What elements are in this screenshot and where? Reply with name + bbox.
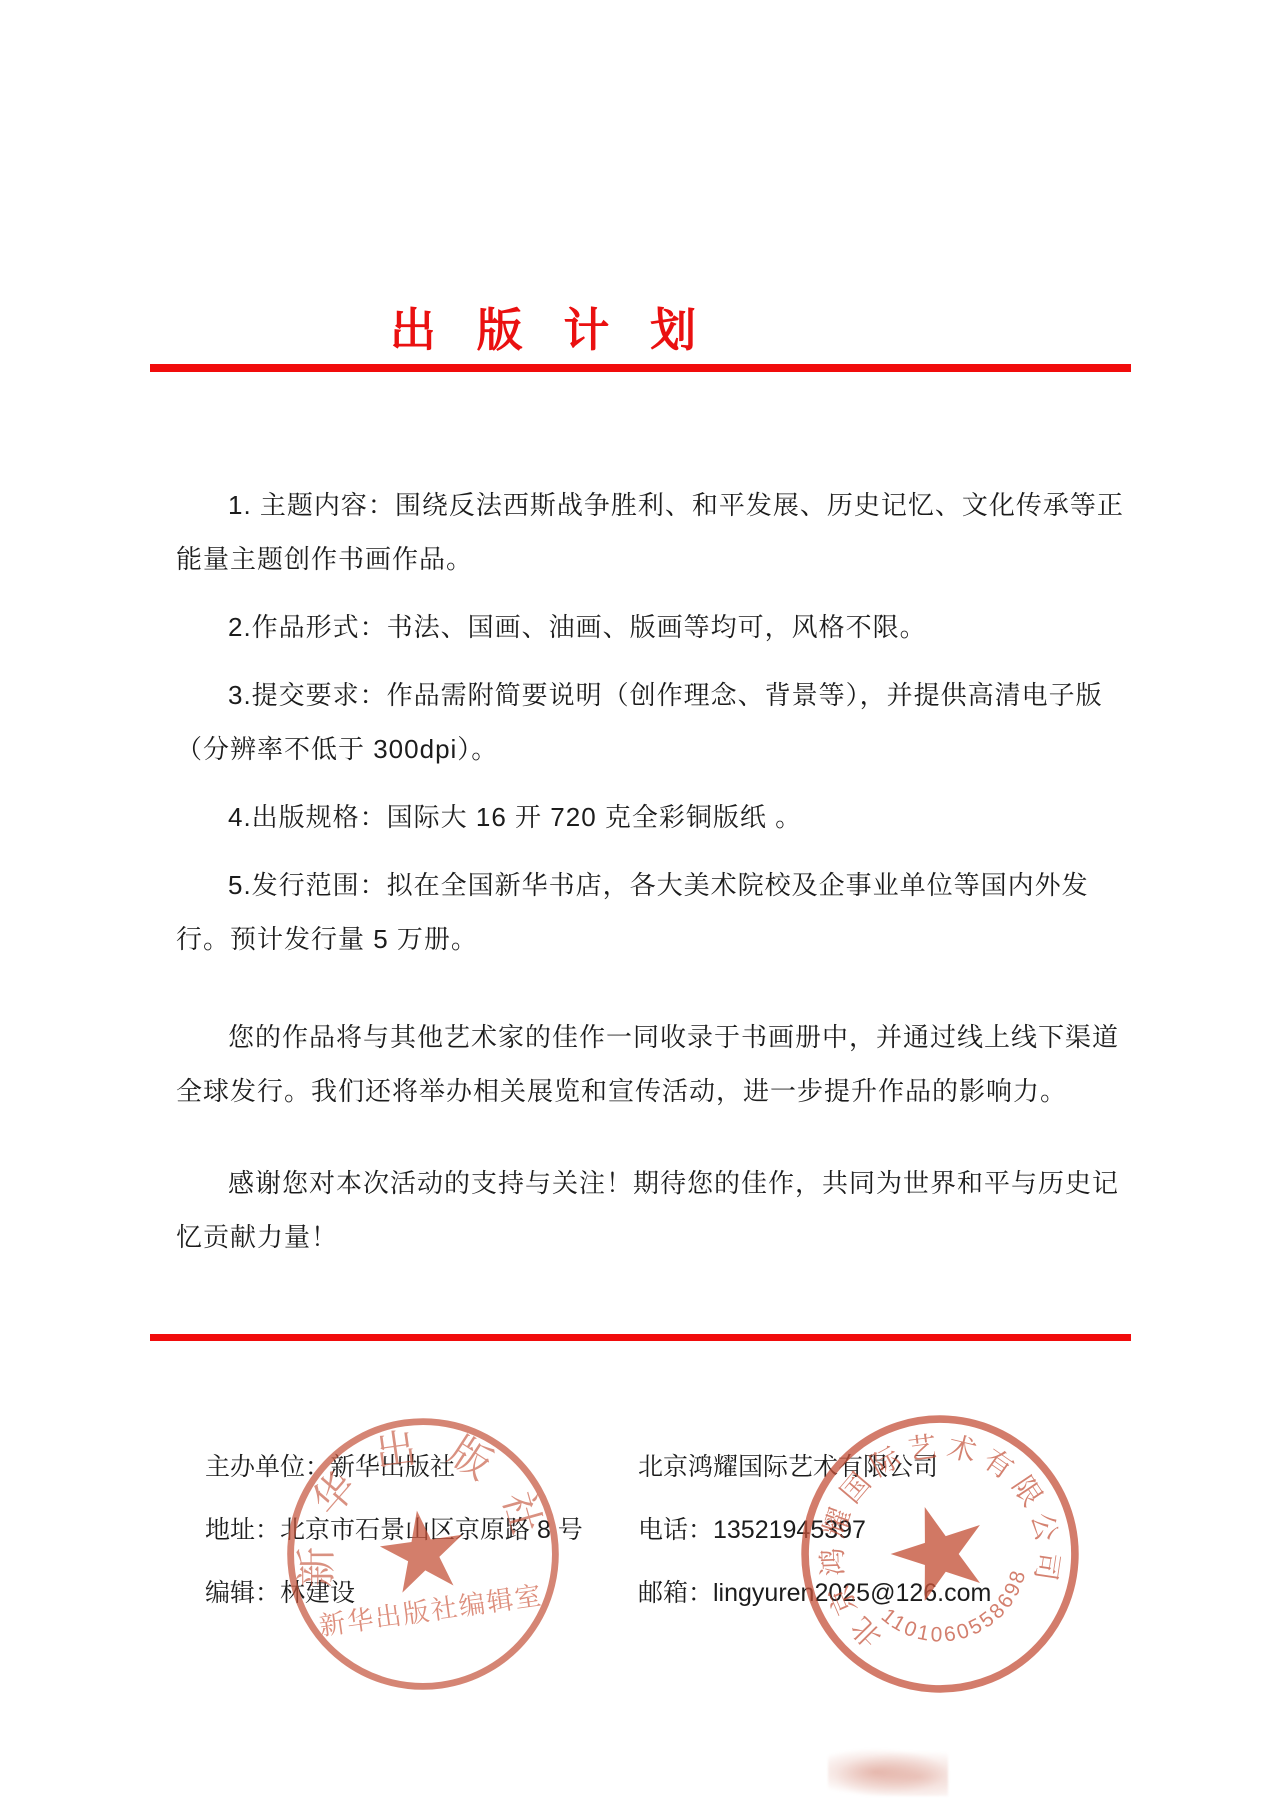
phone-line: 电话：13521945397 <box>638 1515 991 1545</box>
paragraph-distribution-scope: 5.发行范围：拟在全国新华书店，各大美术院校及企事业单位等国内外发行。预计发行量… <box>176 858 1132 966</box>
promotion-section: 您的作品将与其他艺术家的佳作一同收录于书画册中，并通过线上线下渠道全球发行。我们… <box>176 1010 1132 1132</box>
paragraph-theme-content: 1. 主题内容：围绕反法西斯战争胜利、和平发展、历史记忆、文化传承等正能量主题创… <box>176 478 1132 586</box>
bottom-divider-rule <box>150 1334 1131 1341</box>
top-divider-rule <box>150 364 1131 372</box>
organizer-line: 主办单位：新华出版社 <box>205 1452 583 1482</box>
paragraph-submission-reqs: 3.提交要求：作品需附简要说明（创作理念、背景等），并提供高清电子版（分辨率不低… <box>176 668 1132 776</box>
footer-left-column: 主办单位：新华出版社 地址：北京市石景山区京原路 8 号 编辑：林建设 <box>205 1452 583 1641</box>
publication-plan-document: 出 版 计 划 1. 主题内容：围绕反法西斯战争胜利、和平发展、历史记忆、文化传… <box>0 0 1279 1810</box>
company-name-line: 北京鸿耀国际艺术有限公司 <box>638 1452 991 1482</box>
email-line: 邮箱：lingyuren2025@126.com <box>638 1578 991 1608</box>
paragraph-publication-spec: 4.出版规格：国际大 16 开 720 克全彩铜版纸 。 <box>176 790 1132 844</box>
address-line: 地址：北京市石景山区京原路 8 号 <box>205 1515 583 1545</box>
thanks-section: 感谢您对本次活动的支持与关注！期待您的佳作，共同为世界和平与历史记忆贡献力量！ <box>176 1156 1132 1278</box>
paragraph-artwork-format: 2.作品形式：书法、国画、油画、版画等均可，风格不限。 <box>176 600 1132 654</box>
paragraph-promotion: 您的作品将与其他艺术家的佳作一同收录于书画册中，并通过线上线下渠道全球发行。我们… <box>176 1010 1132 1118</box>
paragraph-thanks: 感谢您对本次活动的支持与关注！期待您的佳作，共同为世界和平与历史记忆贡献力量！ <box>176 1156 1132 1264</box>
ink-smudge <box>828 1748 948 1796</box>
page-title: 出 版 计 划 <box>0 294 1100 360</box>
numbered-list-section: 1. 主题内容：围绕反法西斯战争胜利、和平发展、历史记忆、文化传承等正能量主题创… <box>176 478 1132 980</box>
editor-line: 编辑：林建设 <box>205 1578 583 1608</box>
footer-right-column: 北京鸿耀国际艺术有限公司 电话：13521945397 邮箱：lingyuren… <box>638 1452 991 1641</box>
